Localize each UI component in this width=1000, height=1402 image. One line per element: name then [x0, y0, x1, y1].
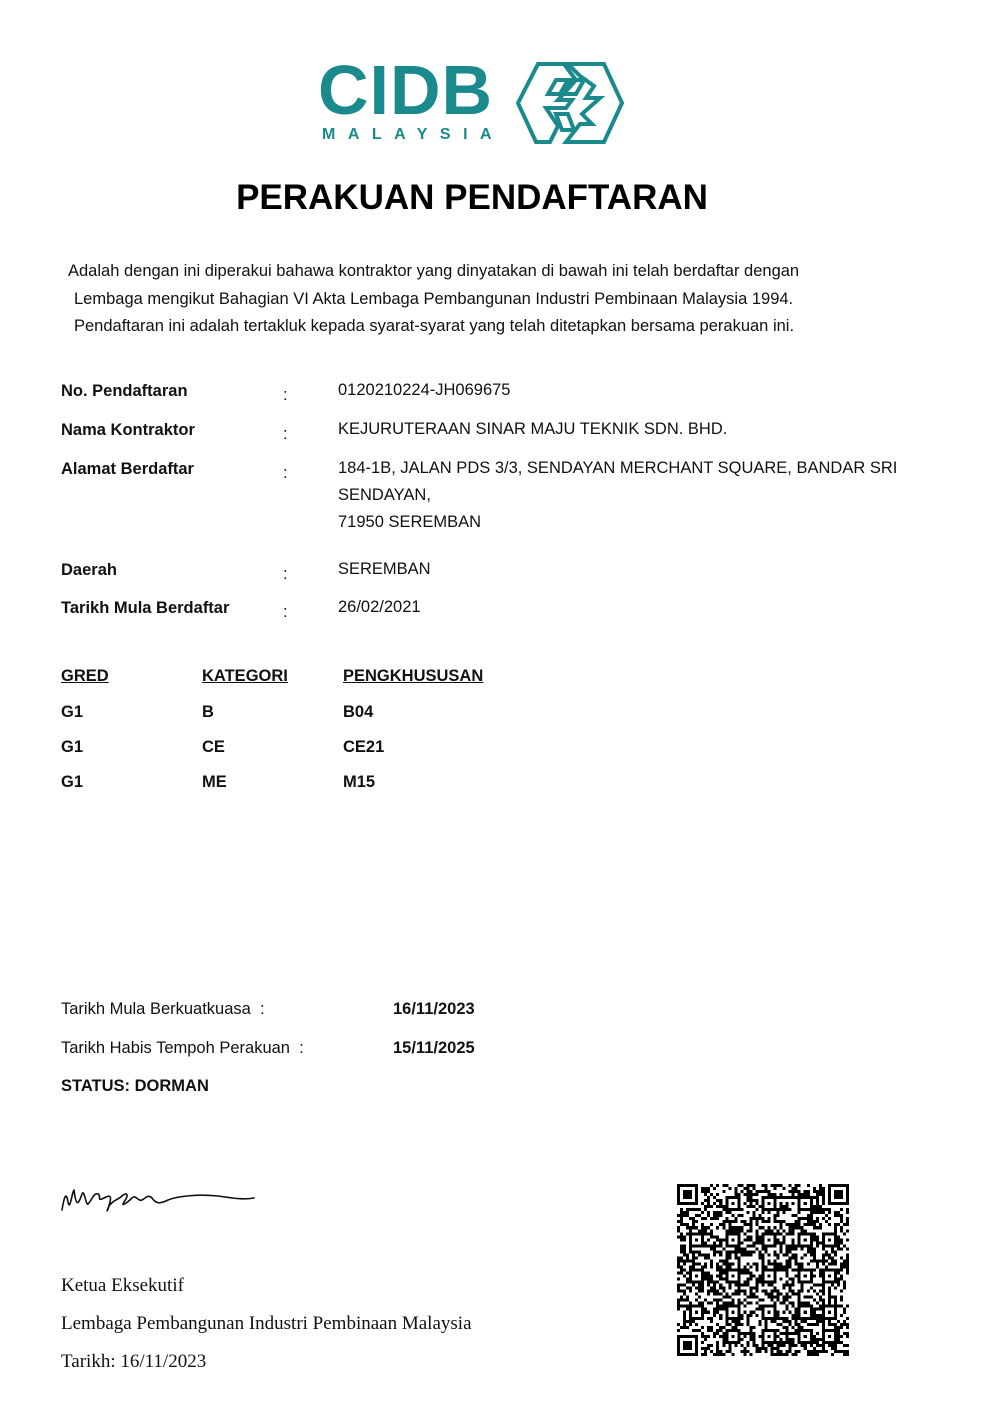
table-cell: CE: [202, 738, 225, 757]
qr-code-icon[interactable]: [677, 1184, 849, 1356]
address-value: 184-1B, JALAN PDS 3/3, SENDAYAN MERCHANT…: [338, 455, 978, 536]
signatory-title: Ketua Eksekutif: [61, 1275, 184, 1297]
column-header-kategori: KATEGORI: [202, 667, 288, 686]
signatory-organization: Lembaga Pembangunan Industri Pembinaan M…: [61, 1313, 472, 1335]
signature-date: Tarikh: 16/11/2023: [61, 1351, 206, 1373]
separator: :: [283, 386, 288, 405]
intro-line: Pendaftaran ini adalah tertakluk kepada …: [60, 313, 890, 341]
table-cell: B04: [343, 703, 373, 722]
registration-start-value: 26/02/2021: [338, 594, 978, 621]
separator: :: [283, 603, 288, 622]
table-cell: CE21: [343, 738, 384, 757]
table-cell: ME: [202, 773, 227, 792]
intro-line: Adalah dengan ini diperakui bahawa kontr…: [60, 258, 890, 286]
district-label: Daerah: [61, 561, 117, 580]
separator: :: [283, 464, 288, 483]
expiry-date-value: 15/11/2025: [393, 1039, 475, 1058]
signature-icon: [58, 1180, 268, 1220]
contractor-name-label: Nama Kontraktor: [61, 421, 195, 440]
address-line: SENDAYAN,: [338, 482, 978, 509]
cidb-logo: CIDB MALAYSIA: [318, 55, 628, 150]
address-label: Alamat Berdaftar: [61, 460, 194, 479]
separator: :: [283, 565, 288, 584]
effective-date-value: 16/11/2023: [393, 1000, 475, 1019]
cidb-hexagon-mark-icon: [506, 58, 626, 148]
effective-date-label: Tarikh Mula Berkuatkuasa :: [61, 1000, 265, 1019]
table-cell: G1: [61, 773, 83, 792]
column-header-pengkhususan: PENGKHUSUSAN: [343, 667, 483, 686]
table-cell: G1: [61, 703, 83, 722]
registration-no-value: 0120210224-JH069675: [338, 377, 978, 404]
intro-line: Lembaga mengikut Bahagian VI Akta Lembag…: [60, 286, 890, 314]
address-line: 184-1B, JALAN PDS 3/3, SENDAYAN MERCHANT…: [338, 455, 978, 482]
intro-paragraph: Adalah dengan ini diperakui bahawa kontr…: [60, 258, 890, 341]
document-title: PERAKUAN PENDAFTARAN: [0, 178, 944, 218]
logo-subtext: MALAYSIA: [322, 126, 504, 144]
logo-wordmark: CIDB: [318, 55, 493, 125]
registration-no-label: No. Pendaftaran: [61, 382, 188, 401]
registration-start-label: Tarikh Mula Berdaftar: [61, 599, 229, 618]
column-header-gred: GRED: [61, 667, 109, 686]
contractor-name-value: KEJURUTERAAN SINAR MAJU TEKNIK SDN. BHD.: [338, 416, 978, 443]
address-line: 71950 SEREMBAN: [338, 509, 978, 536]
table-cell: G1: [61, 738, 83, 757]
status-badge: STATUS: DORMAN: [61, 1077, 209, 1096]
separator: :: [283, 425, 288, 444]
district-value: SEREMBAN: [338, 556, 978, 583]
expiry-date-label: Tarikh Habis Tempoh Perakuan :: [61, 1039, 304, 1058]
table-cell: M15: [343, 773, 375, 792]
table-cell: B: [202, 703, 214, 722]
